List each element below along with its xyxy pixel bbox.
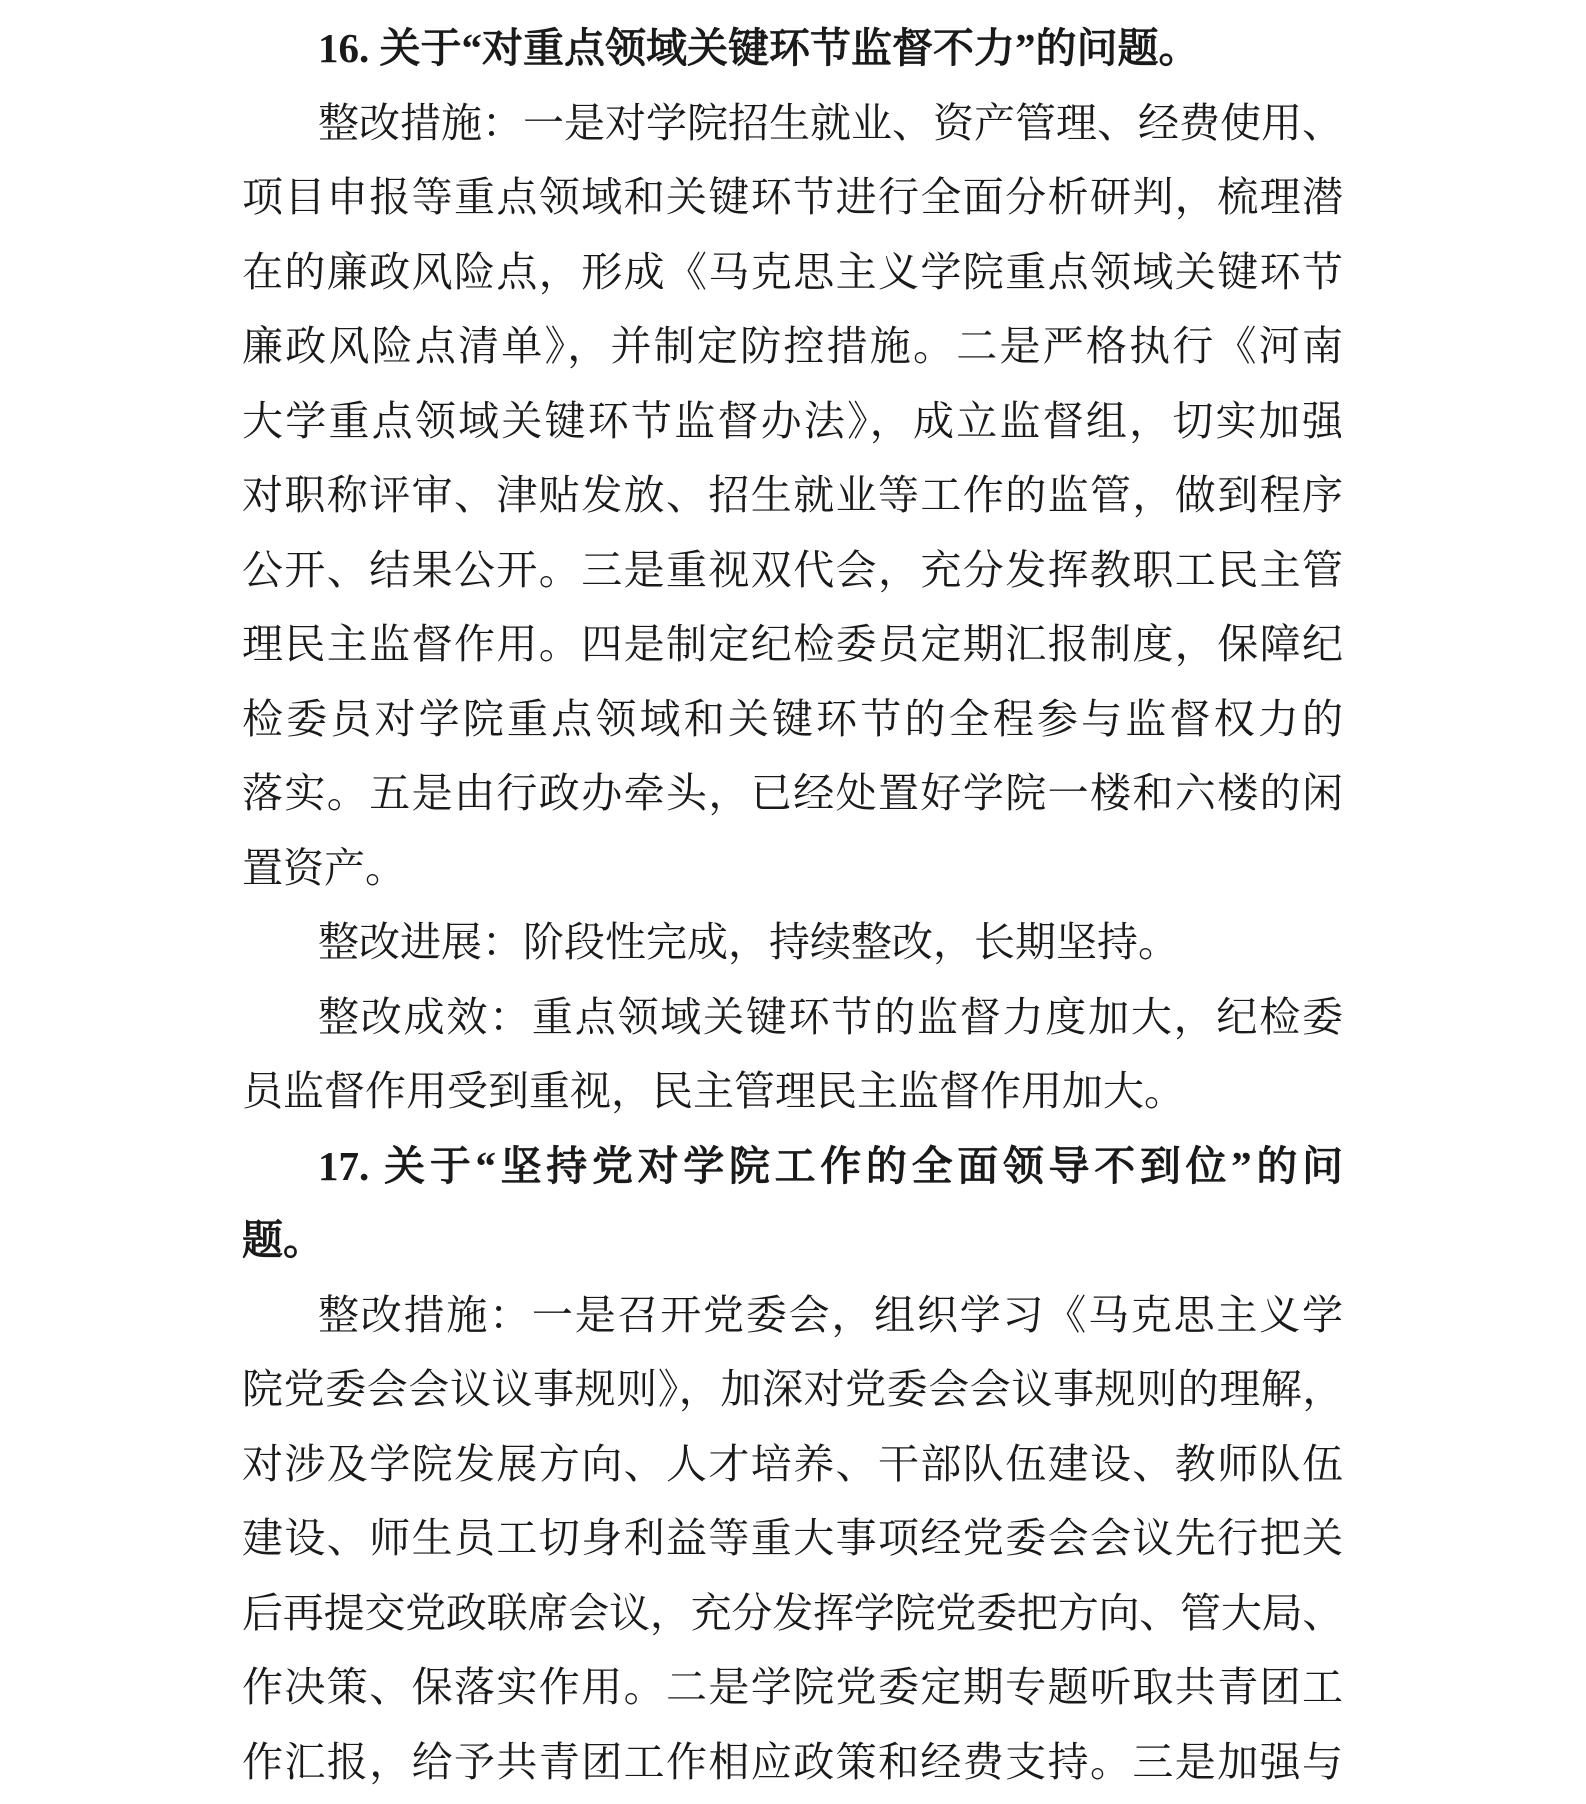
text-line: 检委员对学院重点领域和关键环节的全程参与监督权力的	[242, 682, 1343, 757]
text-line: 理民主监督作用。四是制定纪检委员定期汇报制度，保障纪	[242, 607, 1343, 682]
text-line: 作汇报，给予共青团工作相应政策和经费支持。三是加强与	[242, 1725, 1343, 1800]
text-line: 大学重点领域关键环节监督办法》，成立监督组，切实加强	[242, 384, 1343, 459]
paragraph-body: 整改进展：阶段性完成，持续整改，长期坚持。	[242, 905, 1343, 980]
text-line: 落实。五是由行政办牵头，已经处置好学院一楼和六楼的闲	[242, 756, 1343, 831]
text-line: 作决策、保落实作用。二是学院党委定期专题听取共青团工	[242, 1650, 1343, 1725]
text-line: 整改成效：重点领域关键环节的监督力度加大，纪检委	[242, 980, 1343, 1055]
text-line: 对涉及学院发展方向、人才培养、干部队伍建设、教师队伍	[242, 1427, 1343, 1502]
text-line: 廉政风险点清单》，并制定防控措施。二是严格执行《河南	[242, 309, 1343, 384]
text-line: 对职称评审、津贴发放、招生就业等工作的监管，做到程序	[242, 458, 1343, 533]
text-line: 题。	[242, 1203, 1343, 1278]
paragraph-body: 整改措施：一是召开党委会，组织学习《马克思主义学院党委会会议议事规则》，加深对党…	[242, 1278, 1343, 1800]
text-line: 员监督作用受到重视，民主管理民主监督作用加大。	[242, 1054, 1343, 1129]
paragraph-heading: 17. 关于“坚持党对学院工作的全面领导不到位”的问题。	[242, 1129, 1343, 1278]
document-text: 16. 关于“对重点领域关键环节监督不力”的问题。整改措施：一是对学院招生就业、…	[242, 11, 1343, 1799]
text-line: 置资产。	[242, 831, 1343, 906]
text-line: 公开、结果公开。三是重视双代会，充分发挥教职工民主管	[242, 533, 1343, 608]
text-line: 整改措施：一是对学院招生就业、资产管理、经费使用、	[242, 86, 1343, 161]
document-page: 16. 关于“对重点领域关键环节监督不力”的问题。整改措施：一是对学院招生就业、…	[0, 0, 1586, 1804]
text-line: 院党委会会议议事规则》，加深对党委会会议事规则的理解，	[242, 1352, 1343, 1427]
text-line: 17. 关于“坚持党对学院工作的全面领导不到位”的问	[242, 1129, 1343, 1204]
paragraph-heading: 16. 关于“对重点领域关键环节监督不力”的问题。	[242, 11, 1343, 86]
text-line: 16. 关于“对重点领域关键环节监督不力”的问题。	[242, 11, 1343, 86]
text-line: 整改措施：一是召开党委会，组织学习《马克思主义学	[242, 1278, 1343, 1353]
paragraph-body: 整改成效：重点领域关键环节的监督力度加大，纪检委员监督作用受到重视，民主管理民主…	[242, 980, 1343, 1129]
text-line: 在的廉政风险点，形成《马克思主义学院重点领域关键环节	[242, 235, 1343, 310]
text-line: 项目申报等重点领域和关键环节进行全面分析研判，梳理潜	[242, 160, 1343, 235]
paragraph-body: 整改措施：一是对学院招生就业、资产管理、经费使用、项目申报等重点领域和关键环节进…	[242, 86, 1343, 906]
text-line: 后再提交党政联席会议，充分发挥学院党委把方向、管大局、	[242, 1576, 1343, 1651]
text-line: 整改进展：阶段性完成，持续整改，长期坚持。	[242, 905, 1343, 980]
text-line: 建设、师生员工切身利益等重大事项经党委会会议先行把关	[242, 1501, 1343, 1576]
